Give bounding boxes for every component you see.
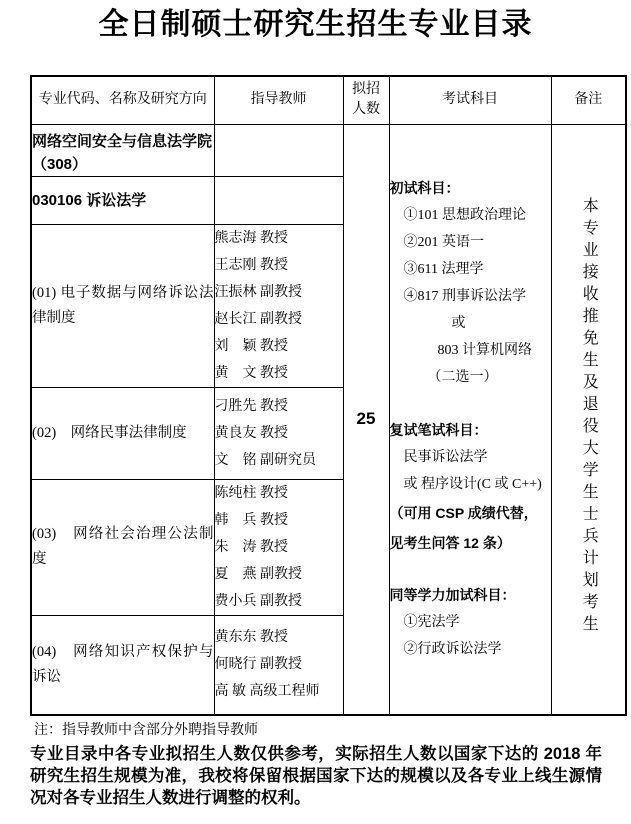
exam-alt-subject: 803 计算机网络 <box>390 337 551 364</box>
list-item: 黄良友 教授 <box>215 420 343 447</box>
list-item: 韩 兵 教授 <box>215 507 343 534</box>
footnote: 注：指导教师中含部分外聘指导教师 <box>34 722 631 740</box>
list-item: 朱 涛 教授 <box>215 534 343 561</box>
list-item: 黄 文 教授 <box>215 360 343 387</box>
direction-name-cell: (04) 网络知识产权保护与诉讼 <box>31 615 214 715</box>
equivalent-items: ①宪法学②行政诉讼法学 <box>390 609 551 663</box>
col-header-notes: 备注 <box>551 76 626 124</box>
equivalent-title: 同等学力加试科目： <box>390 582 551 609</box>
list-item: 费小兵 副教授 <box>215 588 343 615</box>
teachers-cell: 刁胜先 教授黄良友 教授文 铭 副研究员 <box>214 387 343 479</box>
list-item: ③611 法理学 <box>390 256 551 283</box>
col-header-enrollment-label: 拟招人数 <box>350 80 382 120</box>
col-header-program: 专业代码、名称及研究方向 <box>31 76 214 124</box>
retest-title: 复试笔试科目： <box>390 417 551 444</box>
teachers-cell: 陈纯柱 教授韩 兵 教授朱 涛 教授夏 燕 副教授费小兵 副教授 <box>214 479 343 615</box>
list-item: 熊志海 教授 <box>215 225 343 252</box>
exam-subjects-cell: 初试科目： ①101 思想政治理论②201 英语一③611 法理学④817 刑事… <box>389 124 551 715</box>
direction-name-cell: (02) 网络民事法律制度 <box>31 387 214 479</box>
list-item: 刁胜先 教授 <box>215 393 343 420</box>
list-item: 刘 颖 教授 <box>215 333 343 360</box>
initial-exam-title: 初试科目： <box>390 175 551 202</box>
exam-choose-note: （二选一） <box>390 364 551 391</box>
initial-exam-items: ①101 思想政治理论②201 英语一③611 法理学④817 刑事诉讼法学 <box>390 202 551 310</box>
list-item: ②201 英语一 <box>390 229 551 256</box>
list-item: 黄东东 教授 <box>215 624 343 651</box>
list-item: ④817 刑事诉讼法学 <box>390 283 551 310</box>
exam-or-label: 或 <box>390 310 551 337</box>
document-page: 全日制硕士研究生招生专业目录 专业代码、名称及研究方向 指导教师 拟招人数 考试… <box>0 0 631 824</box>
college-name-cell: 网络空间安全与信息法学院（308） <box>31 124 214 176</box>
page-title: 全日制硕士研究生招生专业目录 <box>0 6 631 44</box>
table-header-row: 专业代码、名称及研究方向 指导教师 拟招人数 考试科目 备注 <box>31 76 626 124</box>
teachers-cell-empty <box>214 124 343 176</box>
enrollment-cell: 25 <box>343 124 389 715</box>
retest-item-1: 民事诉讼法学 <box>390 444 551 471</box>
enrollment-value: 25 <box>344 409 389 429</box>
retest-item-2: 或 程序设计(C 或 C++) <box>390 471 551 498</box>
col-header-enrollment: 拟招人数 <box>343 76 389 124</box>
teachers-cell: 黄东东 教授何晓行 副教授高 敏 高级工程师 <box>214 615 343 715</box>
direction-name-cell: (01) 电子数据与网络诉讼法律制度 <box>31 224 214 387</box>
list-item: ①宪法学 <box>390 609 551 636</box>
teachers-cell-empty <box>214 176 343 224</box>
major-code-cell: 030106 诉讼法学 <box>31 176 214 224</box>
direction-name-cell: (03) 网络社会治理公法制度 <box>31 479 214 615</box>
list-item: 夏 燕 副教授 <box>215 561 343 588</box>
list-item: 文 铭 副研究员 <box>215 447 343 474</box>
notes-cell: 本专业接收推免生及退役大学生士兵计划考生 <box>551 124 626 715</box>
list-item: ①101 思想政治理论 <box>390 202 551 229</box>
list-item: 王志刚 教授 <box>215 252 343 279</box>
notes-vertical-text: 本专业接收推免生及退役大学生士兵计划考生 <box>580 197 596 637</box>
disclaimer-paragraph: 专业目录中各专业拟招生人数仅供参考，实际招生人数以国家下达的 2018 年研究生… <box>30 743 602 809</box>
list-item: ②行政诉讼法学 <box>390 636 551 663</box>
col-header-exam-subjects: 考试科目 <box>389 76 551 124</box>
list-item: 何晓行 副教授 <box>215 651 343 678</box>
list-item: 陈纯柱 教授 <box>215 480 343 507</box>
teachers-cell: 熊志海 教授王志刚 教授汪振林 副教授赵长江 副教授刘 颖 教授黄 文 教授 <box>214 224 343 387</box>
list-item: 高 敏 高级工程师 <box>215 678 343 705</box>
col-header-teachers: 指导教师 <box>214 76 343 124</box>
list-item: 汪振林 副教授 <box>215 279 343 306</box>
list-item: 赵长江 副教授 <box>215 306 343 333</box>
admissions-catalog-table: 专业代码、名称及研究方向 指导教师 拟招人数 考试科目 备注 网络空间安全与信息… <box>30 75 627 716</box>
table-row-college: 网络空间安全与信息法学院（308） 25 初试科目： ①101 思想政治理论②2… <box>31 124 626 176</box>
retest-csp-note: （可用 CSP 成绩代替，见考生问答 12 条） <box>390 498 551 558</box>
